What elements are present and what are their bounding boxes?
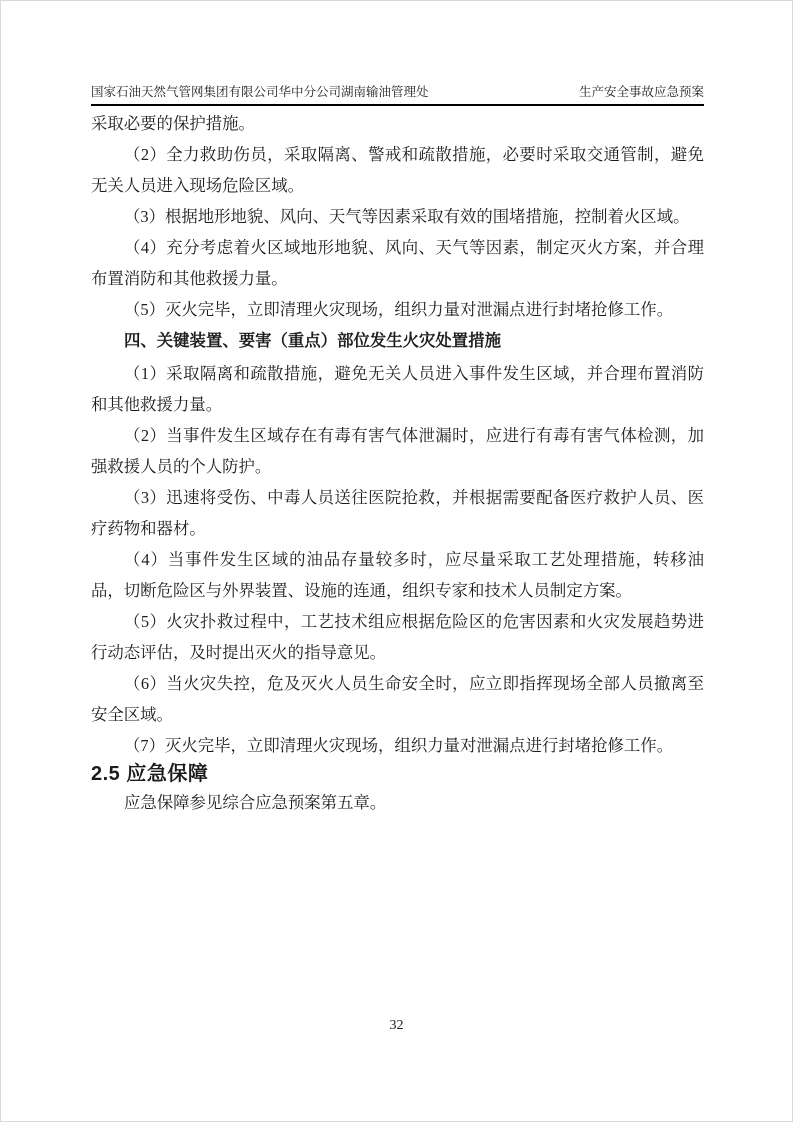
document-body: 采取必要的保护措施。 （2）全力救助伤员，采取隔离、警戒和疏散措施，必要时采取交… — [91, 108, 704, 818]
body-paragraph: （4）充分考虑着火区域地形地貌、风向、天气等因素，制定灭火方案，并合理布置消防和… — [91, 232, 704, 294]
body-paragraph: （5）火灾扑救过程中，工艺技术组应根据危险区的危害因素和火灾发展趋势进行动态评估… — [91, 606, 704, 668]
body-paragraph: （6）当火灾失控，危及灭火人员生命安全时，应立即指挥现场全部人员撤离至安全区域。 — [91, 668, 704, 730]
body-paragraph: （5）灭火完毕，立即清理火灾现场，组织力量对泄漏点进行封堵抢修工作。 — [91, 294, 704, 325]
page-number: 32 — [390, 1018, 404, 1033]
subsection-heading-fire-measures: 四、关键装置、要害（重点）部位发生火灾处置措施 — [91, 325, 704, 358]
document-page: 国家石油天然气管网集团有限公司华中分公司湖南输油管理处 生产安全事故应急预案 采… — [0, 0, 793, 1122]
body-paragraph: （7）灭火完毕，立即清理火灾现场，组织力量对泄漏点进行封堵抢修工作。 — [91, 730, 704, 761]
body-paragraph: （2）全力救助伤员，采取隔离、警戒和疏散措施，必要时采取交通管制，避免无关人员进… — [91, 139, 704, 201]
page-header: 国家石油天然气管网集团有限公司华中分公司湖南输油管理处 生产安全事故应急预案 — [91, 84, 704, 106]
body-paragraph: （2）当事件发生区域存在有毒有害气体泄漏时，应进行有毒有害气体检测，加强救援人员… — [91, 420, 704, 482]
page-footer: 32 — [1, 1017, 792, 1035]
body-paragraph: （3）迅速将受伤、中毒人员送往医院抢救，并根据需要配备医疗救护人员、医疗药物和器… — [91, 482, 704, 544]
body-paragraph: 应急保障参见综合应急预案第五章。 — [91, 787, 704, 818]
body-paragraph: （1）采取隔离和疏散措施，避免无关人员进入事件发生区域，并合理布置消防和其他救援… — [91, 358, 704, 420]
section-heading-emergency-support: 2.5 应急保障 — [91, 761, 704, 787]
body-paragraph: （4）当事件发生区域的油品存量较多时，应尽量采取工艺处理措施，转移油品，切断危险… — [91, 544, 704, 606]
header-left-text: 国家石油天然气管网集团有限公司华中分公司湖南输油管理处 — [91, 84, 429, 100]
body-paragraph: （3）根据地形地貌、风向、天气等因素采取有效的围堵措施，控制着火区域。 — [91, 201, 704, 232]
header-right-text: 生产安全事故应急预案 — [579, 84, 704, 100]
body-paragraph: 采取必要的保护措施。 — [91, 108, 704, 139]
